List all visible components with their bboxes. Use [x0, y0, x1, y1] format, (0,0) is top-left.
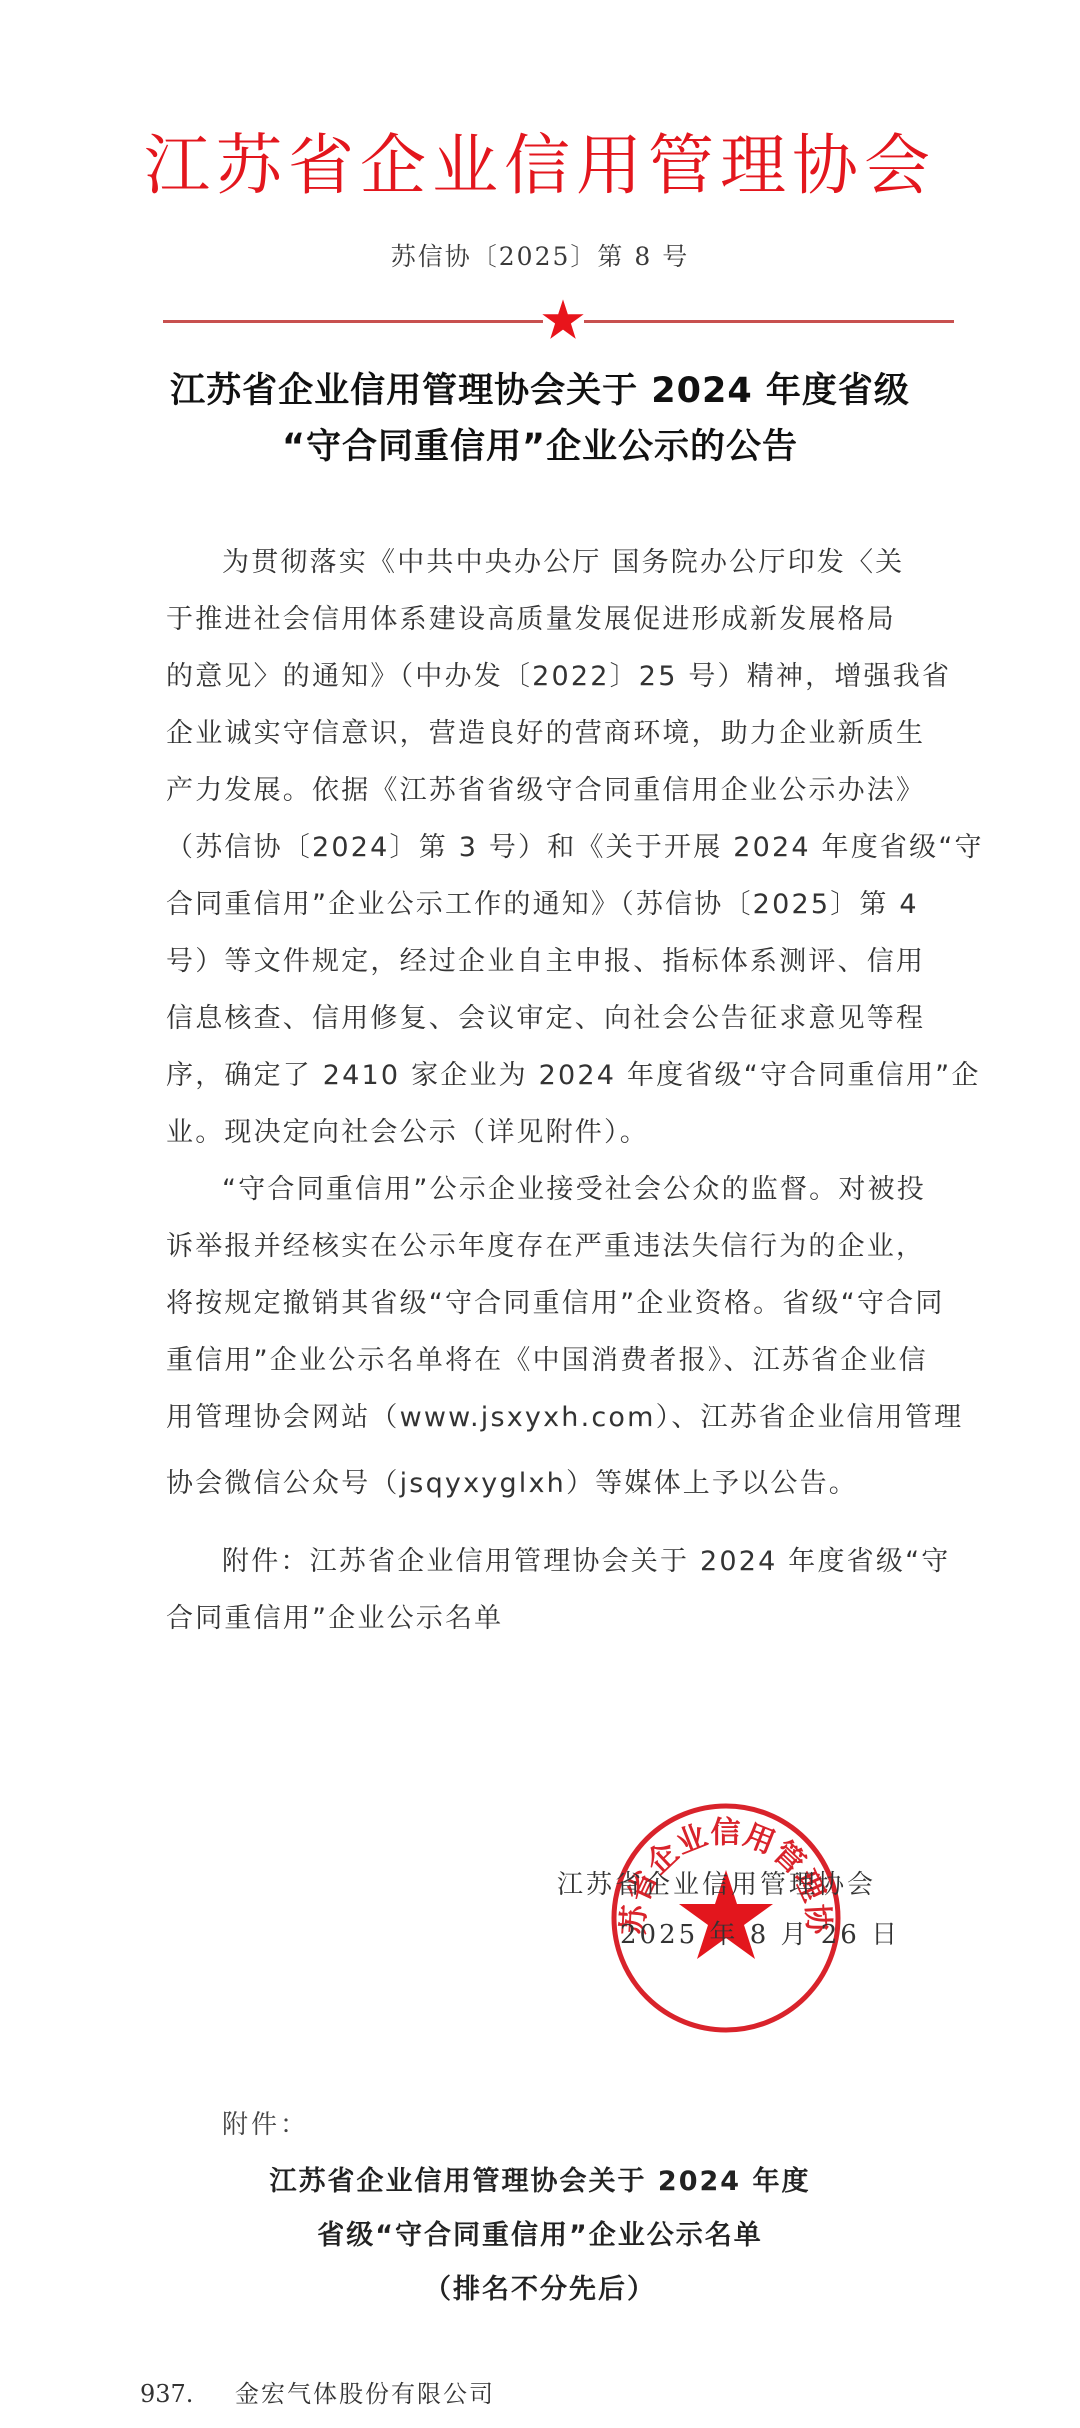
attachment-title-line-3: （排名不分先后） — [0, 2272, 1080, 2308]
paragraph-line: 号）等文件规定，经过企业自主申报、指标体系测评、信用 — [166, 942, 916, 982]
red-rule-left — [163, 320, 543, 323]
document-title-line-2: “守合同重信用”企业公示的公告 — [0, 424, 1080, 470]
paragraph-line: 重信用”企业公示名单将在《中国消费者报》、江苏省企业信 — [166, 1341, 916, 1381]
red-rule-right — [584, 320, 954, 323]
paragraph-line: 序，确定了 2410 家企业为 2024 年度省级“守合同重信用”企 — [166, 1056, 916, 1096]
attachment-label: 附件： — [222, 2108, 309, 2142]
attachment-note-line: 附件：江苏省企业信用管理协会关于 2024 年度省级“守 — [222, 1542, 916, 1582]
red-star-icon — [541, 298, 585, 342]
organization-title: 江苏省企业信用管理协会 — [0, 128, 1080, 204]
paragraph-line: 为贯彻落实《中共中央办公厅 国务院办公厅印发〈关 — [222, 543, 916, 583]
attachment-title-line-1: 江苏省企业信用管理协会关于 2024 年度 — [0, 2164, 1080, 2200]
paragraph-line: 业。现决定向社会公示（详见附件）。 — [166, 1113, 916, 1153]
paragraph-line: “守合同重信用”公示企业接受社会公众的监督。对被投 — [222, 1170, 916, 1210]
paragraph-line: 的意见〉的通知》（中办发〔2022〕25 号）精神，增强我省 — [166, 657, 916, 697]
attachment-note-line: 合同重信用”企业公示名单 — [166, 1599, 916, 1639]
paragraph-line: 诉举报并经核实在公示年度存在严重违法失信行为的企业， — [166, 1227, 916, 1267]
paragraph-line: （苏信协〔2024〕第 3 号）和《关于开展 2024 年度省级“守 — [166, 828, 916, 868]
paragraph-line: 将按规定撤销其省级“守合同重信用”企业资格。省级“守合同 — [166, 1284, 916, 1324]
paragraph-line: 企业诚实守信意识，营造良好的营商环境，助力企业新质生 — [166, 714, 916, 754]
document-title-line-1: 江苏省企业信用管理协会关于 2024 年度省级 — [0, 368, 1080, 414]
document-number: 苏信协〔2025〕第 8 号 — [0, 240, 1080, 274]
paragraph-line: 信息核查、信用修复、会议审定、向社会公告征求意见等程 — [166, 999, 916, 1039]
list-item: 937.金宏气体股份有限公司 — [140, 2378, 495, 2410]
signature-organization: 江苏省企业信用管理协会 — [557, 1868, 876, 1902]
paragraph-line: 于推进社会信用体系建设高质量发展促进形成新发展格局 — [166, 600, 916, 640]
paragraph-line: 产力发展。依据《江苏省省级守合同重信用企业公示办法》 — [166, 771, 916, 811]
paragraph-line: 合同重信用”企业公示工作的通知》（苏信协〔2025〕第 4 — [166, 885, 916, 925]
list-item-name: 金宏气体股份有限公司 — [235, 2380, 495, 2408]
list-item-number: 937. — [140, 2378, 235, 2410]
attachment-title-line-2: 省级“守合同重信用”企业公示名单 — [0, 2218, 1080, 2254]
paragraph-line: 用管理协会网站（www.jsxyxh.com）、江苏省企业信用管理 — [166, 1398, 916, 1438]
paragraph-line: 协会微信公众号（jsqyxyglxh）等媒体上予以公告。 — [166, 1464, 916, 1504]
signature-date: 2025 年 8 月 26 日 — [620, 1918, 900, 1952]
